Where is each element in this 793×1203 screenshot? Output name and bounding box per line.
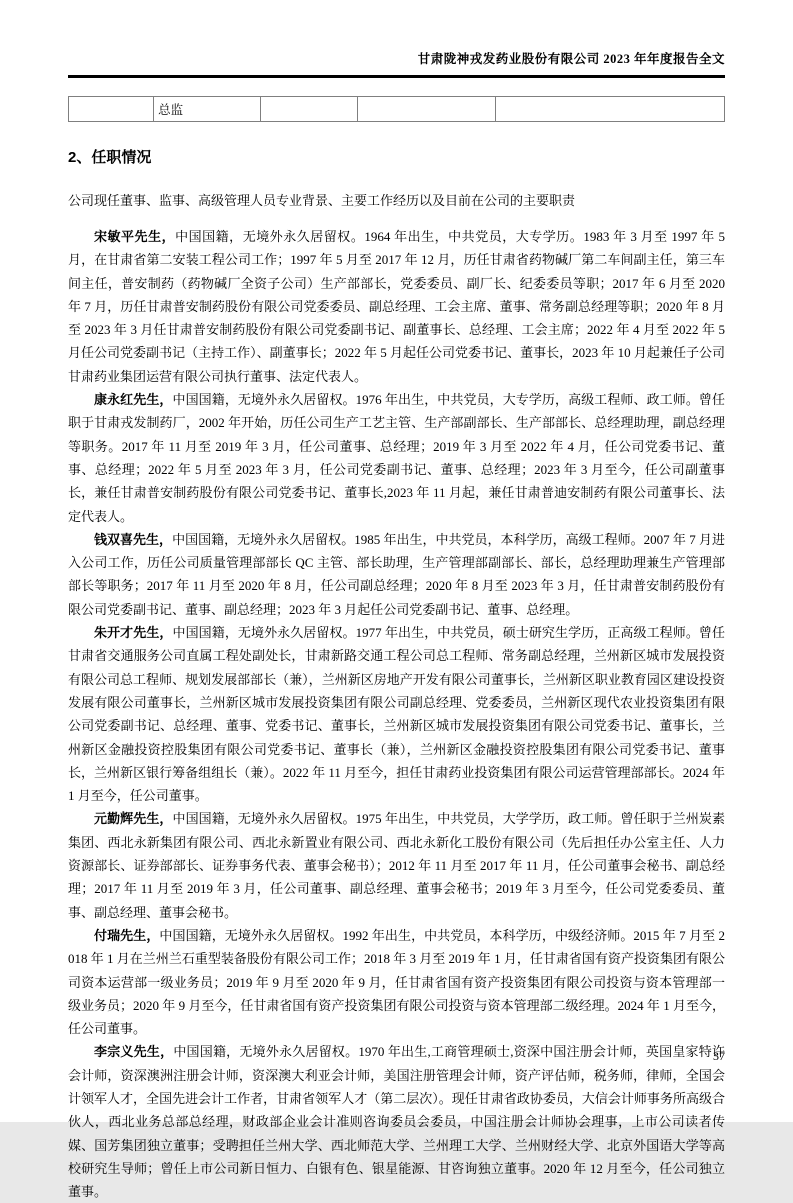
header-divider (68, 75, 725, 78)
section-heading: 2、任职情况 (68, 146, 725, 167)
bio-text: 中国国籍，无境外永久居留权。1975 年出生，中共党员，大学学历，政工师。曾任职… (68, 811, 725, 919)
bio-text: 中国国籍，无境外永久居留权。1977 年出生，中共党员，硕士研究生学历，正高级工… (68, 625, 725, 803)
bio-paragraph-qianshuangxi: 钱双喜先生，中国国籍，无境外永久居留权。1985 年出生，中共党员，本科学历，高… (68, 528, 725, 621)
bio-list: 宋敏平先生，中国国籍，无境外永久居留权。1964 年出生，中共党员，大专学历。1… (68, 225, 725, 1203)
table-row: 总监 (69, 97, 725, 122)
bio-paragraph-furui: 付瑞先生，中国国籍，无境外永久居留权。1992 年出生，中共党员，本科学历，中级… (68, 924, 725, 1040)
bio-name: 宋敏平先生， (94, 229, 175, 244)
table-cell-3 (260, 97, 357, 122)
bio-paragraph-kangyonghong: 康永红先生，中国国籍，无境外永久居留权。1976 年出生，中共党员，大专学历，高… (68, 388, 725, 528)
table-cell-1 (69, 97, 154, 122)
bio-text: 中国国籍，无境外永久居留权。1964 年出生，中共党员，大专学历。1983 年 … (68, 229, 725, 384)
bio-name: 付瑞先生， (94, 928, 159, 943)
bio-text: 中国国籍，无境外永久居留权。1992 年出生，中共党员，本科学历，中级经济师。2… (68, 928, 725, 1036)
bio-name: 钱双喜先生， (94, 532, 172, 547)
table-cell-5 (495, 97, 724, 122)
bio-name: 元勤辉先生， (94, 811, 173, 826)
bio-name: 康永红先生， (94, 392, 173, 407)
table-cell-4 (358, 97, 495, 122)
bio-name: 李宗义先生， (94, 1044, 173, 1059)
page-number: 37 (713, 1049, 725, 1064)
bio-paragraph-yuanqinhui: 元勤辉先生，中国国籍，无境外永久居留权。1975 年出生，中共党员，大学学历，政… (68, 807, 725, 923)
bio-paragraph-songminping: 宋敏平先生，中国国籍，无境外永久居留权。1964 年出生，中共党员，大专学历。1… (68, 225, 725, 388)
bio-name: 朱开才先生， (94, 625, 173, 640)
intro-paragraph: 公司现任董事、监事、高级管理人员专业背景、主要工作经历以及目前在公司的主要职责 (68, 191, 725, 211)
position-table: 总监 (68, 96, 725, 122)
report-title: 甘肃陇神戎发药业股份有限公司 2023 年年度报告全文 (68, 50, 725, 68)
bio-paragraph-zhukaicai: 朱开才先生，中国国籍，无境外永久居留权。1977 年出生，中共党员，硕士研究生学… (68, 621, 725, 807)
table-cell-position: 总监 (154, 97, 261, 122)
page-content: 甘肃陇神戎发药业股份有限公司 2023 年年度报告全文 总监 2、任职情况 公司… (68, 0, 725, 1203)
page-header: 甘肃陇神戎发药业股份有限公司 2023 年年度报告全文 (68, 0, 725, 78)
bio-text: 中国国籍，无境外永久居留权。1976 年出生，中共党员，大专学历，高级工程师、政… (68, 392, 725, 523)
report-page: 甘肃陇神戎发药业股份有限公司 2023 年年度报告全文 总监 2、任职情况 公司… (0, 0, 793, 1122)
bio-text: 中国国籍，无境外永久居留权。1970 年出生,工商管理硕士,资深中国注册会计师，… (68, 1044, 725, 1199)
